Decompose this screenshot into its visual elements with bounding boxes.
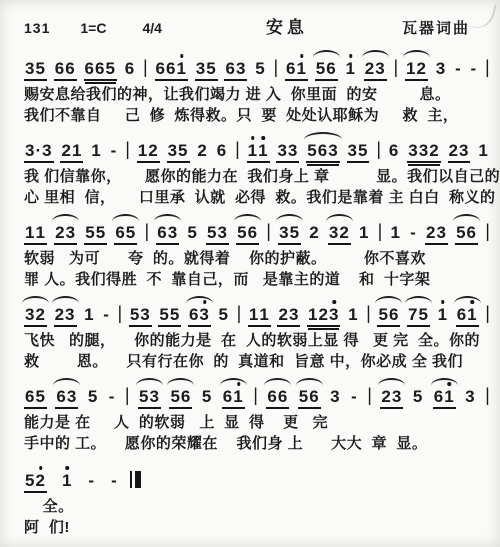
note-group: 23: [448, 142, 471, 163]
note-group: 1: [358, 224, 370, 243]
barline: |: [235, 140, 240, 158]
note: -: [111, 142, 118, 160]
note: 5: [299, 388, 309, 406]
note-high-octave: 1: [176, 60, 186, 78]
note: 2: [426, 224, 436, 242]
note: 2: [381, 388, 391, 406]
note: 5: [126, 224, 136, 242]
note: 3: [140, 306, 150, 324]
note-group: 1: [347, 306, 359, 325]
note: 1: [91, 142, 101, 160]
barline: |: [125, 140, 130, 158]
note-group: 66: [266, 388, 289, 409]
note: 3: [465, 388, 475, 406]
note: 6: [125, 60, 135, 78]
note: 1: [359, 224, 369, 242]
note-group: 35: [195, 60, 218, 81]
note: 3: [459, 142, 469, 160]
note: 6: [55, 60, 65, 78]
barline: |: [378, 222, 383, 240]
note-group: 35: [278, 224, 301, 245]
note-high-octave: 1: [438, 306, 448, 324]
note-group: 665: [84, 60, 117, 81]
note: 3: [25, 306, 35, 324]
note-group: 56: [169, 388, 192, 409]
note: -: [88, 472, 95, 490]
note: 6: [181, 388, 191, 406]
note-group: 56: [298, 388, 321, 409]
note: -: [455, 60, 462, 78]
note: 6: [286, 60, 296, 78]
note: 5: [35, 388, 45, 406]
note: 1: [138, 142, 148, 160]
note-group: 661: [155, 60, 188, 81]
note: 1: [259, 306, 269, 324]
note: 5: [96, 224, 106, 242]
barline: |: [125, 386, 130, 404]
note-group: 21: [60, 142, 83, 163]
note: 6: [389, 306, 399, 324]
time-signature: 4/4: [142, 20, 161, 36]
note: 5: [206, 60, 216, 78]
lyric-line: 能力是 在 人 的软弱 上 显 得 更 完: [22, 412, 494, 433]
note: 6: [56, 388, 66, 406]
note-group: 6: [216, 142, 228, 161]
note: 2: [417, 60, 427, 78]
note-group: -: [470, 60, 479, 79]
note: 2: [339, 224, 349, 242]
note: 3: [375, 60, 385, 78]
barline: |: [485, 304, 490, 322]
note: 6: [225, 60, 235, 78]
note: 5: [170, 388, 180, 406]
note: 5: [207, 224, 217, 242]
notation-line: 65635-|5356561|66563-|235613|: [22, 372, 494, 412]
lyric-line: 全。: [22, 496, 494, 517]
note-group: 63: [156, 224, 179, 245]
barline: |: [144, 222, 149, 240]
note: 1: [308, 306, 318, 324]
note-group: 5: [412, 388, 424, 407]
note: -: [103, 306, 110, 324]
note-group: 32: [24, 306, 47, 327]
note: 6: [389, 142, 399, 160]
note: 2: [55, 224, 65, 242]
note: 6: [267, 388, 277, 406]
note-group: 23: [54, 306, 77, 327]
note: 1: [35, 224, 45, 242]
barline: |: [266, 222, 271, 240]
note: 3: [279, 224, 289, 242]
note: 3: [168, 224, 178, 242]
note-high-octave: 1: [62, 472, 72, 490]
hymn-number: 131: [24, 20, 50, 36]
note-high-octave: 1: [346, 60, 356, 78]
barline: |: [274, 58, 279, 76]
note: 1: [72, 142, 82, 160]
notation-line: 521--: [22, 454, 494, 496]
note: 3: [288, 142, 298, 160]
note-group: 11: [247, 142, 270, 163]
note-group: -: [409, 224, 418, 243]
note-group: 23: [380, 388, 403, 409]
notation-line: 11235565|6355356|352321|1-2356|: [22, 208, 494, 248]
note-group: 56: [315, 60, 338, 81]
note-group: 23: [425, 224, 448, 245]
note: 6: [248, 224, 258, 242]
note: 6: [217, 142, 227, 160]
note: 5: [170, 306, 180, 324]
note: 5: [413, 388, 423, 406]
note: -: [351, 388, 358, 406]
note: 6: [467, 224, 477, 242]
note: 3: [67, 388, 77, 406]
note: 2: [278, 306, 288, 324]
note-group: 12: [137, 142, 160, 163]
note-group: 3: [329, 388, 341, 407]
sheet-music-page: 131 1=C 4/4 安息 瓦器词曲 35666656|66135635|61…: [0, 0, 500, 547]
note: 3: [289, 306, 299, 324]
notation-line: 3·3211-|123526|113356335|6332231: [22, 126, 494, 166]
note-group: 332: [407, 142, 440, 163]
note-group: 55: [84, 224, 107, 245]
note: 2: [148, 142, 158, 160]
header: 131 1=C 4/4 安息 瓦器词曲: [0, 0, 500, 42]
note: 1: [348, 306, 358, 324]
note: 5: [237, 224, 247, 242]
note-group: 11: [24, 224, 47, 245]
note-group: 53: [129, 306, 152, 327]
note: 3: [196, 60, 206, 78]
barline: |: [118, 304, 123, 322]
note-group: 1: [477, 142, 489, 161]
note-group: 32: [328, 224, 351, 245]
note: 2: [449, 142, 459, 160]
note: 6: [278, 388, 288, 406]
note: 5: [219, 306, 229, 324]
note: 5: [159, 306, 169, 324]
lyric-line: 罪 人。我们得胜 不 靠自己，而 是靠主的道 和 十字架: [22, 269, 494, 290]
note-group: 52: [24, 472, 47, 493]
lyric-line: 我 们信靠你， 愿你的能力在 我们身上 章 显。我们以自己的: [22, 166, 494, 187]
note-group: -: [110, 472, 119, 491]
note-group: 75: [407, 306, 430, 327]
note-group: 56: [236, 224, 259, 245]
note: 5: [130, 306, 140, 324]
key-signature: 1=C: [80, 20, 106, 36]
note: 3: [392, 388, 402, 406]
note: 3: [25, 142, 35, 160]
note: 5: [316, 60, 326, 78]
note-group: 12: [405, 60, 428, 81]
note-group: 3: [464, 388, 476, 407]
note-high-octave: 3: [329, 306, 339, 324]
note-group: 5: [201, 388, 213, 407]
note: 3: [436, 224, 446, 242]
note: 5: [202, 388, 212, 406]
note: 3: [277, 142, 287, 160]
note-group: -: [87, 472, 96, 491]
note: 3: [168, 142, 178, 160]
note: 3: [150, 388, 160, 406]
note-group: -: [110, 142, 119, 161]
barline: |: [376, 140, 381, 158]
note-group: 65: [114, 224, 137, 245]
note: 5: [88, 388, 98, 406]
note: 1: [478, 142, 488, 160]
note-high-octave: 1: [296, 60, 306, 78]
note: 5: [105, 60, 115, 78]
note-group: 2: [196, 142, 208, 161]
note: 6: [95, 60, 105, 78]
note-group: 5: [186, 224, 198, 243]
note: -: [471, 60, 478, 78]
score: 35666656|66135635|6156123|123--|赐安息给我们的神…: [0, 42, 500, 538]
note-group: 35: [24, 60, 47, 81]
note: 5: [178, 142, 188, 160]
note: 6: [309, 388, 319, 406]
note: 5: [187, 224, 197, 242]
note: 3: [65, 306, 75, 324]
note-group: 563: [306, 142, 339, 163]
note-group: 56: [377, 306, 400, 327]
note-group: 1: [345, 60, 357, 79]
note-group: 53: [206, 224, 229, 245]
note: 2: [319, 306, 329, 324]
note-group: 23: [277, 306, 300, 327]
note: 1: [25, 224, 35, 242]
note-group: 33: [276, 142, 299, 163]
note-group: 56: [455, 224, 478, 245]
song-title: 安息: [162, 13, 402, 38]
composer-credit: 瓦器词曲: [402, 17, 470, 38]
note: 2: [55, 306, 65, 324]
note: 3: [329, 224, 339, 242]
note: 3: [66, 224, 76, 242]
note-group: -: [108, 388, 117, 407]
note: 6: [166, 60, 176, 78]
note: 2: [61, 142, 71, 160]
note-group: 61: [222, 388, 245, 409]
note: -: [111, 472, 118, 490]
note-group: 1: [437, 306, 449, 325]
note: 1: [406, 60, 416, 78]
note-group: 5: [87, 388, 99, 407]
lyric-line: 软弱 为可 夸 的。就得着 你的护蔽。 你不喜欢: [22, 248, 494, 269]
note-group: 61: [456, 306, 479, 327]
note-group: 23: [364, 60, 387, 81]
note-group: -: [454, 60, 463, 79]
note-group: 63: [55, 388, 78, 409]
note-group: 63: [188, 306, 211, 327]
note-group: -: [102, 306, 111, 325]
note-group: -: [350, 388, 359, 407]
note: 6: [318, 142, 328, 160]
note: 2: [35, 306, 45, 324]
note-group: 23: [54, 224, 77, 245]
note: 6: [156, 60, 166, 78]
barline: |: [253, 386, 258, 404]
final-barline: [135, 471, 141, 488]
note: -: [410, 224, 417, 242]
note-group: 35: [167, 142, 190, 163]
lyric-line: 赐安息给我们的神，让我们竭力 进 入 你里面 的安 息。: [22, 84, 494, 105]
note: 5: [307, 142, 317, 160]
note: 6: [189, 306, 199, 324]
note: 3: [42, 142, 52, 160]
note-group: 6: [124, 60, 136, 79]
note: 5: [290, 224, 300, 242]
note: -: [109, 388, 116, 406]
note: 3: [328, 142, 338, 160]
lyric-line: 我们不靠自 己 修 炼得救。只 要 处处认耶稣为 救 主，: [22, 105, 494, 126]
barline: |: [485, 222, 490, 240]
notation-line: 32231-|5355635|11231231|5675161|: [22, 290, 494, 330]
note: 6: [457, 306, 467, 324]
note-group: 55: [158, 306, 181, 327]
note: 5: [139, 388, 149, 406]
note: 2: [365, 60, 375, 78]
note: 1: [84, 306, 94, 324]
note-group: 1: [61, 472, 73, 491]
note: 3: [408, 142, 418, 160]
note: 3: [218, 224, 228, 242]
lyric-line: 手中的 工。 愿你的荣耀在 我们身 上 大大 章 显。: [22, 433, 494, 454]
note: 7: [408, 306, 418, 324]
note-high-octave: 1: [233, 388, 243, 406]
lyric-line: 飞快 的腿， 你的能力是 在 人的软弱上显 得 更 完 全。你的: [22, 330, 494, 351]
note-group: 6: [388, 142, 400, 161]
note: 1: [249, 306, 259, 324]
note-group: 63: [224, 60, 247, 81]
barline: |: [143, 58, 148, 76]
note-group: 61: [285, 60, 308, 81]
note-group: 1: [389, 224, 401, 243]
note: 3: [436, 60, 446, 78]
note-group: 1: [90, 142, 102, 161]
note-high-octave: 1: [444, 388, 454, 406]
note: 5: [35, 60, 45, 78]
barline: |: [485, 58, 490, 76]
note-group: 35: [347, 142, 370, 163]
note: 6: [157, 224, 167, 242]
note-high-octave: 1: [467, 306, 477, 324]
note: ·: [35, 142, 42, 160]
note: 3: [348, 142, 358, 160]
note: 6: [85, 60, 95, 78]
lyric-line: 阿 们!: [22, 517, 494, 538]
note-group: 53: [138, 388, 161, 409]
note-group: 11: [248, 306, 271, 327]
note: 6: [25, 388, 35, 406]
note-group: 5: [218, 306, 230, 325]
note-group: 66: [54, 60, 77, 81]
note-group: 2: [308, 224, 320, 243]
barline: |: [485, 386, 490, 404]
note-group: 1: [83, 306, 95, 325]
note: 3: [25, 60, 35, 78]
note-high-octave: 3: [199, 306, 209, 324]
note: 5: [255, 60, 265, 78]
note-group: 5: [254, 60, 266, 79]
note: 6: [115, 224, 125, 242]
lyric-line: 心 里相 信， 口里承 认就 必得 救。我们是靠着 主 白白 称义的: [22, 187, 494, 208]
notation-line: 35666656|66135635|6156123|123--|: [22, 44, 494, 84]
note-high-octave: 1: [258, 142, 268, 160]
note: 5: [378, 306, 388, 324]
note: 6: [65, 60, 75, 78]
barline: |: [366, 304, 371, 322]
note-group: 123: [307, 306, 340, 327]
barline: |: [394, 58, 399, 76]
note: 5: [25, 472, 35, 490]
note-high-octave: 2: [35, 472, 45, 490]
note: 5: [85, 224, 95, 242]
note: 6: [434, 388, 444, 406]
note-group: 3·3: [24, 142, 54, 163]
note-group: 65: [24, 388, 47, 409]
note: 3: [419, 142, 429, 160]
note: 5: [358, 142, 368, 160]
note-group: 61: [433, 388, 456, 409]
note: 2: [197, 142, 207, 160]
barline: |: [367, 386, 372, 404]
barline: |: [237, 304, 242, 322]
note: 3: [236, 60, 246, 78]
lyric-line: 救 恩。 只有行在你 的 真道和 旨意 中，你必成 全 我们: [22, 351, 494, 372]
note: 5: [419, 306, 429, 324]
note: 6: [326, 60, 336, 78]
note: 2: [429, 142, 439, 160]
note: 6: [223, 388, 233, 406]
note-high-octave: 1: [248, 142, 258, 160]
note-group: 3: [435, 60, 447, 79]
note: 3: [330, 388, 340, 406]
note: 1: [390, 224, 400, 242]
note: 5: [456, 224, 466, 242]
note: 2: [309, 224, 319, 242]
